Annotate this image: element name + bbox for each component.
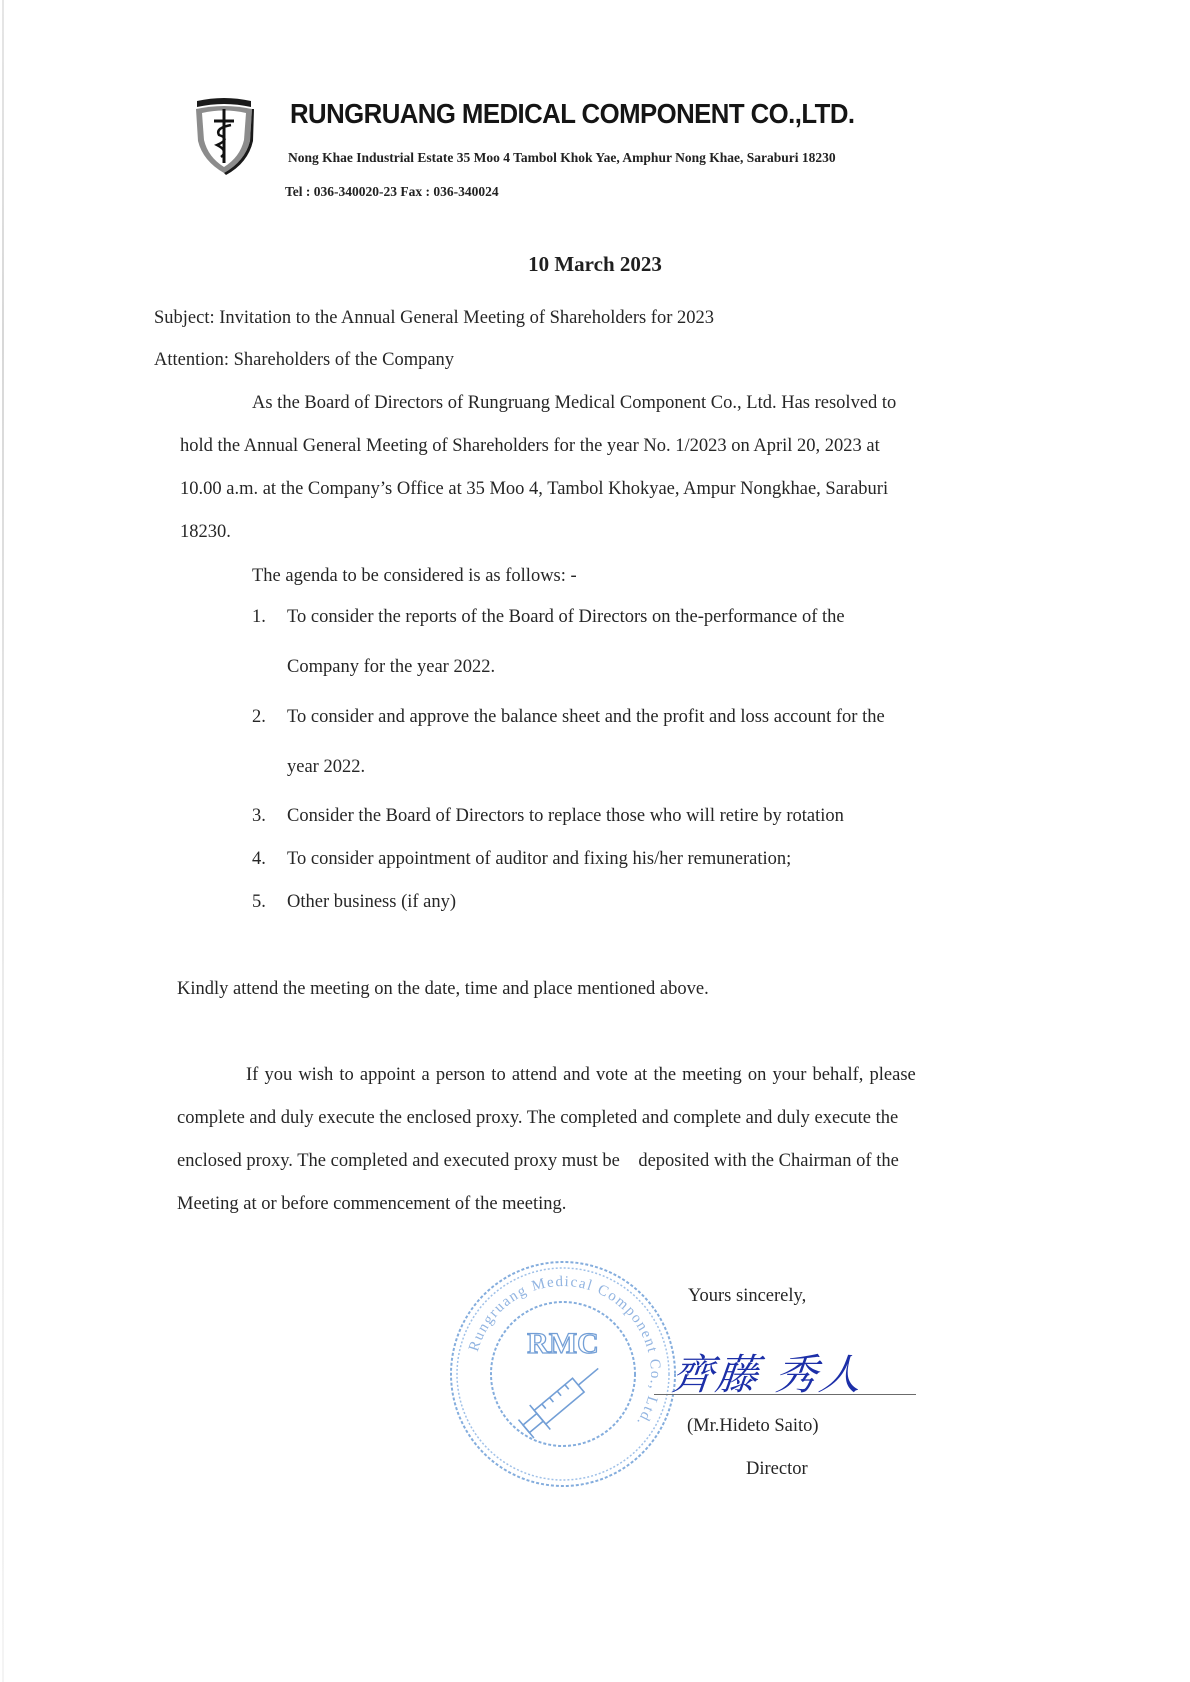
agenda-number: 5. xyxy=(252,892,266,913)
signature-text: 齊藤 秀人 xyxy=(669,1342,867,1402)
proxy-line: If you wish to appoint a person to atten… xyxy=(246,1065,916,1086)
agenda-number: 4. xyxy=(252,849,266,870)
company-address: Nong Khae Industrial Estate 35 Moo 4 Tam… xyxy=(288,150,836,166)
intro-line: As the Board of Directors of Rungruang M… xyxy=(252,393,896,414)
agenda-item: Company for the year 2022. xyxy=(287,657,495,678)
letter-subject: Subject: Invitation to the Annual Genera… xyxy=(154,308,714,329)
caduceus-shield-icon xyxy=(193,95,255,175)
proxy-line: enclosed proxy. The completed and execut… xyxy=(177,1151,899,1172)
agenda-number: 1. xyxy=(252,607,266,628)
stamp-logo-text: RMC xyxy=(527,1327,599,1360)
handwritten-signature: 齊藤 秀人 xyxy=(672,1342,922,1402)
company-contact: Tel : 036-340020-23 Fax : 036-340024 xyxy=(285,184,499,200)
agenda-number: 2. xyxy=(252,707,266,728)
signatory-title: Director xyxy=(746,1459,808,1480)
intro-line: 10.00 a.m. at the Company’s Office at 35… xyxy=(180,479,888,500)
agenda-intro: The agenda to be considered is as follow… xyxy=(252,566,577,587)
agenda-item: Other business (if any) xyxy=(287,892,456,913)
company-name: RUNGRUANG MEDICAL COMPONENT CO.,LTD. xyxy=(290,98,854,130)
agenda-item: To consider appointment of auditor and f… xyxy=(287,849,791,870)
agenda-number: 3. xyxy=(252,806,266,827)
company-seal-stamp: Rungruang Medical Component Co., Ltd. RM… xyxy=(447,1258,679,1490)
agenda-item: To consider and approve the balance shee… xyxy=(287,707,885,728)
letter-attention: Attention: Shareholders of the Company xyxy=(154,350,454,371)
intro-line: 18230. xyxy=(180,522,231,543)
proxy-line: complete and duly execute the enclosed p… xyxy=(177,1108,898,1129)
agenda-item: Consider the Board of Directors to repla… xyxy=(287,806,844,827)
intro-line: hold the Annual General Meeting of Share… xyxy=(180,436,880,457)
signatory-name: (Mr.Hideto Saito) xyxy=(687,1416,819,1437)
attend-request: Kindly attend the meeting on the date, t… xyxy=(177,979,709,1000)
letter-date: 10 March 2023 xyxy=(0,252,1190,277)
signature-line xyxy=(654,1394,916,1395)
agenda-item: year 2022. xyxy=(287,757,365,778)
closing-salutation: Yours sincerely, xyxy=(688,1286,806,1307)
proxy-line: Meeting at or before commencement of the… xyxy=(177,1194,566,1215)
agenda-item: To consider the reports of the Board of … xyxy=(287,607,845,628)
